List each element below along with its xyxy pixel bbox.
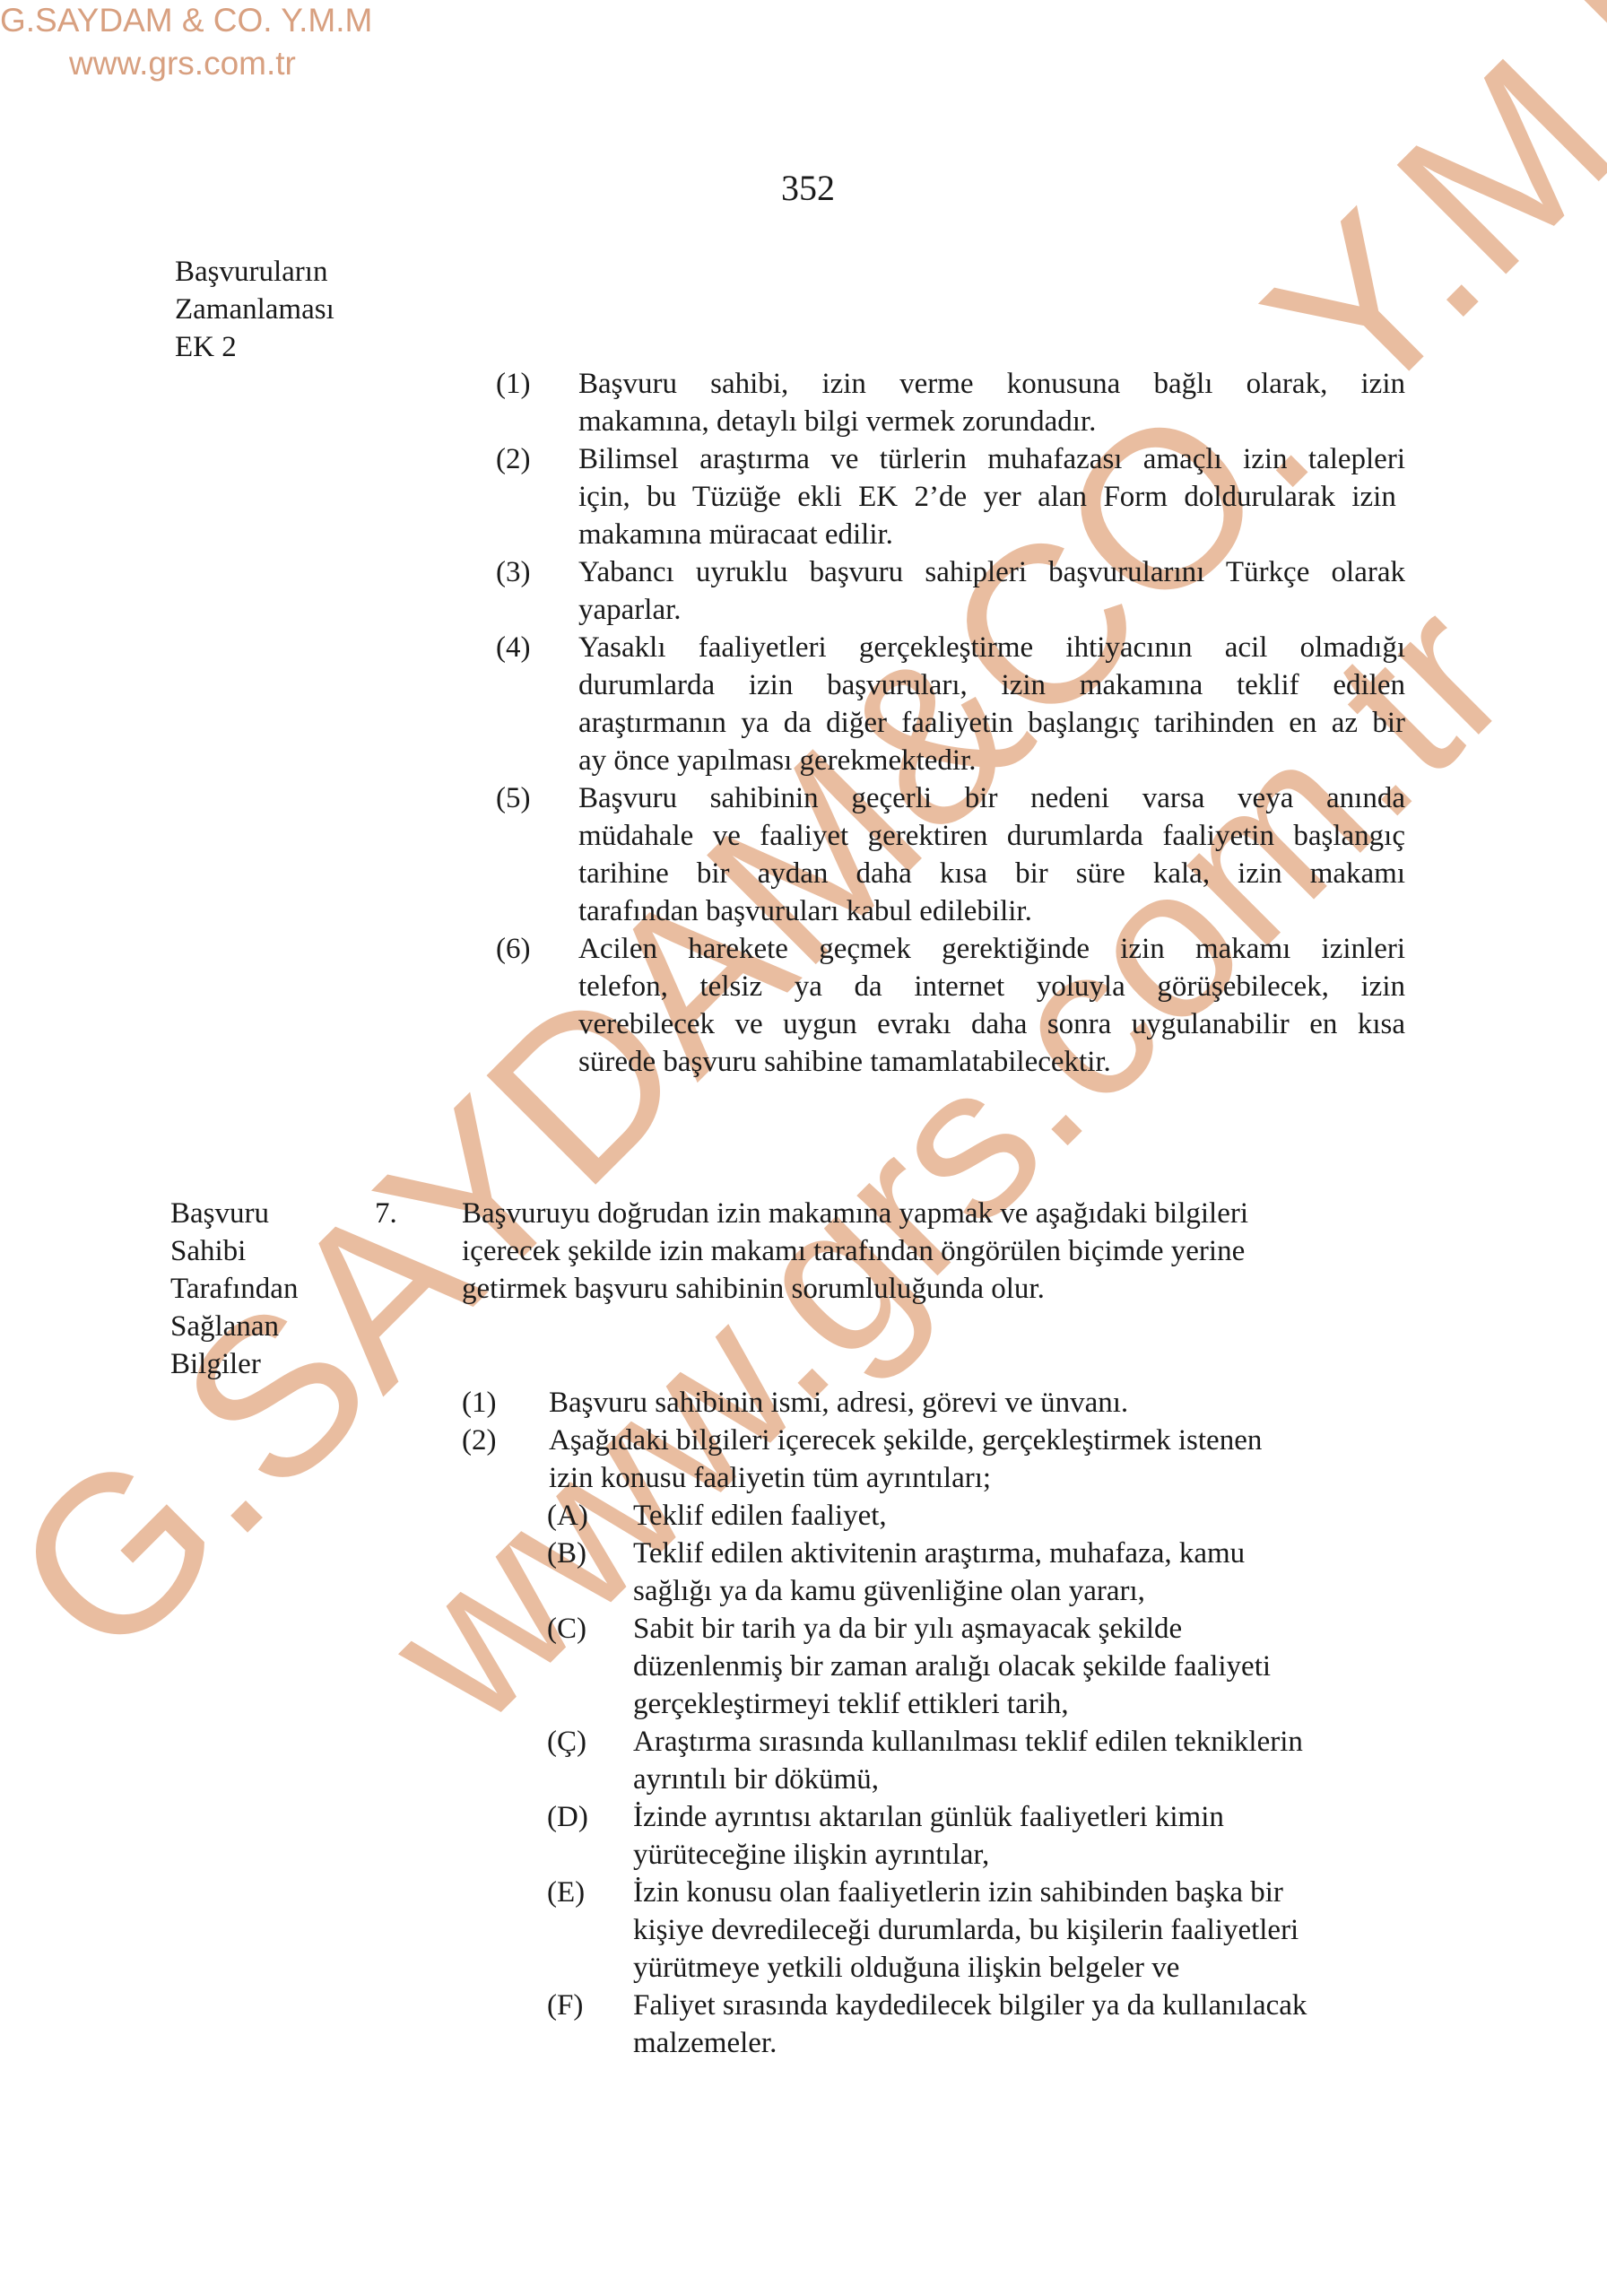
item-marker: (4) xyxy=(496,629,530,666)
text-line: tarihine bir aydan daha kısa bir süre ka… xyxy=(578,855,1405,892)
document-page: 352 Başvuruların Zamanlaması EK 2 (1)Baş… xyxy=(0,0,1607,2296)
item-marker: (B) xyxy=(547,1535,586,1572)
text-line: İzinde ayrıntısı aktarılan günlük faaliy… xyxy=(633,1798,1395,1836)
article-intro: Başvuruyu doğrudan izin makamına yapmak … xyxy=(462,1195,1327,1308)
text-line: getirmek başvuru sahibinin sorumluluğund… xyxy=(462,1270,1327,1308)
item-body: Teklif edilen aktivitenin araştırma, muh… xyxy=(633,1535,1395,1610)
item-marker: (2) xyxy=(462,1422,496,1459)
page-number-text: 352 xyxy=(781,168,835,208)
item-marker: (Ç) xyxy=(547,1723,586,1761)
text-line: Bilimsel araştırma ve türlerin muhafazas… xyxy=(578,440,1405,478)
text-line: Başvuru sahibinin ismi, adresi, görevi v… xyxy=(549,1384,1356,1422)
item-body: Yabancı uyruklu başvuru sahipleri başvur… xyxy=(578,553,1405,629)
item-marker: (1) xyxy=(462,1384,496,1422)
item-marker: (5) xyxy=(496,779,530,817)
item-marker: (F) xyxy=(547,1987,583,2024)
item-body: Sabit bir tarih ya da bir yılı aşmayacak… xyxy=(633,1610,1395,1723)
text-line: ay önce yapılması gerekmektedir. xyxy=(578,742,1405,779)
text-line: durumlarda izin başvuruları, izin makamı… xyxy=(578,666,1405,704)
text-line: Araştırma sırasında kullanılması teklif … xyxy=(633,1723,1395,1761)
item-body: Acilen harekete geçmek gerektiğinde izin… xyxy=(578,930,1405,1081)
text-line: tarafından başvuruları kabul edilebilir. xyxy=(578,892,1405,930)
text-line: Teklif edilen aktivitenin araştırma, muh… xyxy=(633,1535,1395,1572)
text-line: Başvuruyu doğrudan izin makamına yapmak … xyxy=(462,1195,1327,1232)
item-body: Aşağıdaki bilgileri içerecek şekilde, ge… xyxy=(549,1422,1356,1497)
item-body: Başvuru sahibinin geçerli bir nedeni var… xyxy=(578,779,1405,930)
text-line: sağlığı ya da kamu güvenliğine olan yara… xyxy=(633,1572,1395,1610)
item-body: Araştırma sırasında kullanılması teklif … xyxy=(633,1723,1395,1798)
text-line: Teklif edilen faaliyet, xyxy=(633,1497,1395,1535)
item-marker: (A) xyxy=(547,1497,588,1535)
text-line: verebilecek ve uygun evrakı daha sonra u… xyxy=(578,1005,1405,1043)
text-line: içerecek şekilde izin makamı tarafından … xyxy=(462,1232,1327,1270)
text-line: Yasaklı faaliyetleri gerçekleştirme ihti… xyxy=(578,629,1405,666)
section-label-basvuru-sahibi: Başvuru Sahibi Tarafından Sağlanan Bilgi… xyxy=(170,1195,298,1383)
article-number: 7. xyxy=(375,1195,397,1232)
text-line: gerçekleştirmeyi teklif ettikleri tarih, xyxy=(633,1685,1395,1723)
text-line: makamına müracaat edilir. xyxy=(578,516,1405,553)
section-label-basvurularin-zamanlamasi: Başvuruların Zamanlaması EK 2 xyxy=(175,253,334,366)
item-body: İzinde ayrıntısı aktarılan günlük faaliy… xyxy=(633,1798,1395,1874)
item-marker: (2) xyxy=(496,440,530,478)
text-line: Başvuru sahibi, izin verme konusuna bağl… xyxy=(578,365,1405,403)
page-number: 352 xyxy=(0,167,1607,209)
text-line: Acilen harekete geçmek gerektiğinde izin… xyxy=(578,930,1405,968)
item-body: Başvuru sahibinin ismi, adresi, görevi v… xyxy=(549,1384,1356,1422)
text-line: makamına, detaylı bilgi vermek zorundadı… xyxy=(578,403,1405,440)
text-line: sürede başvuru sahibine tamamlatabilecek… xyxy=(578,1043,1405,1081)
item-body: Başvuru sahibi, izin verme konusuna bağl… xyxy=(578,365,1405,440)
item-body: Bilimsel araştırma ve türlerin muhafazas… xyxy=(578,440,1405,553)
text-line: malzemeler. xyxy=(633,2024,1395,2062)
text-line: araştırmanın ya da diğer faaliyetin başl… xyxy=(578,704,1405,742)
text-line: Sabit bir tarih ya da bir yılı aşmayacak… xyxy=(633,1610,1395,1648)
item-marker: (1) xyxy=(496,365,530,403)
text-line: Aşağıdaki bilgileri içerecek şekilde, ge… xyxy=(549,1422,1356,1459)
text-line: müdahale ve faaliyet gerektiren durumlar… xyxy=(578,817,1405,855)
item-body: Faliyet sırasında kaydedilecek bilgiler … xyxy=(633,1987,1395,2062)
item-marker: (3) xyxy=(496,553,530,591)
item-body: İzin konusu olan faaliyetlerin izin sahi… xyxy=(633,1874,1395,1987)
item-body: Teklif edilen faaliyet, xyxy=(633,1497,1395,1535)
text-line: kişiye devredileceği durumlarda, bu kişi… xyxy=(633,1911,1395,1949)
text-line: için, bu Tüzüğe ekli EK 2’de yer alan Fo… xyxy=(578,478,1405,516)
text-line: ayrıntılı bir dökümü, xyxy=(633,1761,1395,1798)
text-line: telefon, telsiz ya da internet yoluyla g… xyxy=(578,968,1405,1005)
item-body: Yasaklı faaliyetleri gerçekleştirme ihti… xyxy=(578,629,1405,779)
text-line: izin konusu faaliyetin tüm ayrıntıları; xyxy=(549,1459,1356,1497)
text-line: Faliyet sırasında kaydedilecek bilgiler … xyxy=(633,1987,1395,2024)
item-marker: (D) xyxy=(547,1798,588,1836)
text-line: İzin konusu olan faaliyetlerin izin sahi… xyxy=(633,1874,1395,1911)
text-line: Başvuru sahibinin geçerli bir nedeni var… xyxy=(578,779,1405,817)
item-marker: (6) xyxy=(496,930,530,968)
text-line: yürüteceğine ilişkin ayrıntılar, xyxy=(633,1836,1395,1874)
item-marker: (E) xyxy=(547,1874,585,1911)
text-line: Yabancı uyruklu başvuru sahipleri başvur… xyxy=(578,553,1405,591)
item-marker: (C) xyxy=(547,1610,586,1648)
text-line: yaparlar. xyxy=(578,591,1405,629)
text-line: düzenlenmiş bir zaman aralığı olacak şek… xyxy=(633,1648,1395,1685)
text-line: yürütmeye yetkili olduğuna ilişkin belge… xyxy=(633,1949,1395,1987)
